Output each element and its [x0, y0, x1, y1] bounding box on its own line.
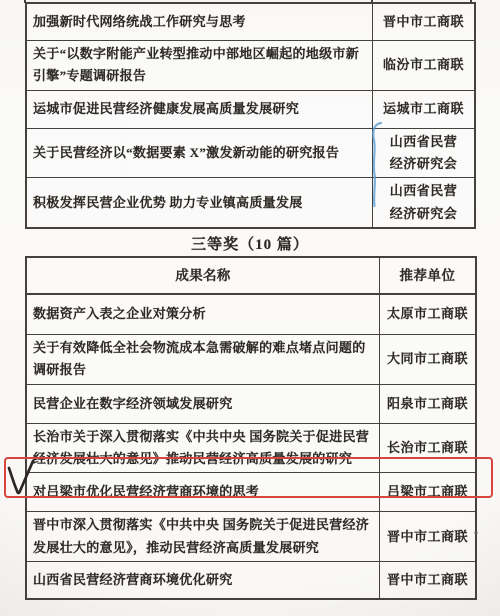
- result-name: 关于有效降低全社会物流成本急需破解的难点堵点问题的调研报告: [33, 337, 376, 382]
- result-name-cell: 晋中市深入贯彻落实《中共中央 国务院关于促进民营经济发展壮大的意见》，推动民营经…: [27, 512, 380, 561]
- table-row: 积极发挥民营企业优势 助力专业镇高质量发展 山西省民营经济研究会: [27, 177, 474, 227]
- header-name-cell: 成果名称: [27, 258, 380, 293]
- result-name: 晋中市深入贯彻落实《中共中央 国务院关于促进民营经济发展壮大的意见》，推动民营经…: [33, 514, 376, 559]
- column-header: 成果名称: [175, 264, 230, 287]
- recommend-unit-cell: 晋中市工商联: [380, 512, 475, 561]
- result-name: 积极发挥民营企业优势 助力专业镇高质量发展: [33, 192, 303, 214]
- header-unit-cell: 推荐单位: [380, 258, 475, 293]
- table-row: 山西省民营经济营商环境优化研究 晋中市工商联: [27, 561, 475, 598]
- recommend-unit-cell: 吕梁市工商联: [380, 473, 475, 511]
- recommend-unit: 吕梁市工商联: [387, 481, 468, 503]
- table-row: 加强新时代网络统战工作研究与思考 晋中市工商联: [27, 4, 474, 40]
- recommend-unit: 长治市工商联: [387, 437, 468, 459]
- result-name: 加强新时代网络统战工作研究与思考: [33, 11, 246, 33]
- table-row: 长治市关于深入贯彻落实《中共中央 国务院关于促进民营经济发展壮大的意见》推动民营…: [27, 423, 475, 473]
- recommend-unit: 晋中市工商联: [387, 569, 468, 591]
- recommend-unit-cell: 长治市工商联: [380, 424, 475, 473]
- result-name-cell: 民营企业在数字经济领域发展研究: [27, 385, 380, 423]
- recommend-unit-cell: 临汾市工商联: [373, 41, 474, 90]
- recommend-unit-cell: 山西省民营经济研究会: [373, 178, 474, 227]
- recommend-unit: 运城市工商联: [383, 98, 464, 120]
- table-row: 关于有效降低全社会物流成本急需破解的难点堵点问题的调研报告 大同市工商联: [27, 334, 475, 384]
- result-name-cell: 数据资产入表之企业对策分析: [27, 295, 380, 334]
- result-name-cell: 运城市促进民营经济健康发展高质量发展研究: [27, 91, 373, 128]
- results-table-continued: 加强新时代网络统战工作研究与思考 晋中市工商联 关于“以数字附能产业转型推动中部…: [25, 2, 476, 229]
- recommend-unit: 大同市工商联: [387, 348, 468, 370]
- result-name: 关于“以数字附能产业转型推动中部地区崛起的地级市新引擎”专题调研报告: [33, 43, 369, 88]
- recommend-unit-cell: 阳泉市工商联: [380, 385, 475, 423]
- table-row: 关于“以数字附能产业转型推动中部地区崛起的地级市新引擎”专题调研报告 临汾市工商…: [27, 40, 474, 90]
- result-name: 关于民营经济以“数据要素 X”激发新动能的研究报告: [33, 142, 339, 164]
- table-header-row: 成果名称 推荐单位: [27, 258, 475, 295]
- table-row: 民营企业在数字经济领域发展研究 阳泉市工商联: [27, 384, 475, 423]
- result-name: 长治市关于深入贯彻落实《中共中央 国务院关于促进民营经济发展壮大的意见》推动民营…: [33, 426, 376, 471]
- recommend-unit-cell: 晋中市工商联: [380, 562, 475, 598]
- table-row: 晋中市深入贯彻落实《中共中央 国务院关于促进民营经济发展壮大的意见》，推动民营经…: [27, 511, 475, 561]
- result-name-cell: 加强新时代网络统战工作研究与思考: [27, 4, 373, 40]
- recommend-unit-cell: 太原市工商联: [380, 295, 475, 334]
- recommend-unit: 晋中市工商联: [387, 526, 468, 548]
- result-name: 对吕梁市优化民营经济营商环境的思考: [33, 481, 259, 503]
- third-prize-table: 成果名称 推荐单位 数据资产入表之企业对策分析 太原市工商联 关于有效降低全社会…: [25, 256, 477, 600]
- scanned-award-document: { "section": { "title": "三等奖（10 篇）" }, "…: [0, 0, 500, 616]
- result-name-cell: 关于有效降低全社会物流成本急需破解的难点堵点问题的调研报告: [27, 335, 380, 384]
- table-row-highlighted: 对吕梁市优化民营经济营商环境的思考 吕梁市工商联: [27, 472, 475, 511]
- result-name-cell: 长治市关于深入贯彻落实《中共中央 国务院关于促进民营经济发展壮大的意见》推动民营…: [27, 424, 380, 473]
- result-name-cell: 关于民营经济以“数据要素 X”激发新动能的研究报告: [27, 129, 373, 178]
- recommend-unit: 山西省民营经济研究会: [387, 180, 460, 225]
- result-name: 民营企业在数字经济领域发展研究: [33, 393, 233, 415]
- recommend-unit: 山西省民营经济研究会: [387, 131, 460, 176]
- result-name-cell: 山西省民营经济营商环境优化研究: [27, 562, 380, 598]
- result-name: 数据资产入表之企业对策分析: [33, 303, 206, 325]
- recommend-unit: 太原市工商联: [387, 303, 468, 325]
- recommend-unit: 阳泉市工商联: [387, 393, 468, 415]
- section-title: 三等奖（10 篇）: [0, 233, 500, 254]
- recommend-unit: 晋中市工商联: [383, 11, 464, 33]
- stray-ink-mark: ”: [472, 530, 479, 543]
- recommend-unit: 临汾市工商联: [383, 54, 464, 76]
- table-row: 数据资产入表之企业对策分析 太原市工商联: [27, 295, 475, 334]
- column-header: 推荐单位: [400, 264, 456, 287]
- result-name-cell: 对吕梁市优化民营经济营商环境的思考: [27, 473, 380, 511]
- recommend-unit-cell: 山西省民营经济研究会: [373, 129, 474, 178]
- recommend-unit-cell: 晋中市工商联: [373, 4, 474, 40]
- result-name-cell: 关于“以数字附能产业转型推动中部地区崛起的地级市新引擎”专题调研报告: [27, 41, 373, 90]
- table-row: 关于民营经济以“数据要素 X”激发新动能的研究报告 山西省民营经济研究会: [27, 128, 474, 178]
- result-name-cell: 积极发挥民营企业优势 助力专业镇高质量发展: [27, 178, 373, 227]
- table-row: 运城市促进民营经济健康发展高质量发展研究 运城市工商联: [27, 90, 474, 128]
- result-name: 山西省民营经济营商环境优化研究: [33, 569, 233, 591]
- recommend-unit-cell: 运城市工商联: [373, 91, 474, 128]
- recommend-unit-cell: 大同市工商联: [380, 335, 475, 384]
- result-name: 运城市促进民营经济健康发展高质量发展研究: [33, 98, 299, 120]
